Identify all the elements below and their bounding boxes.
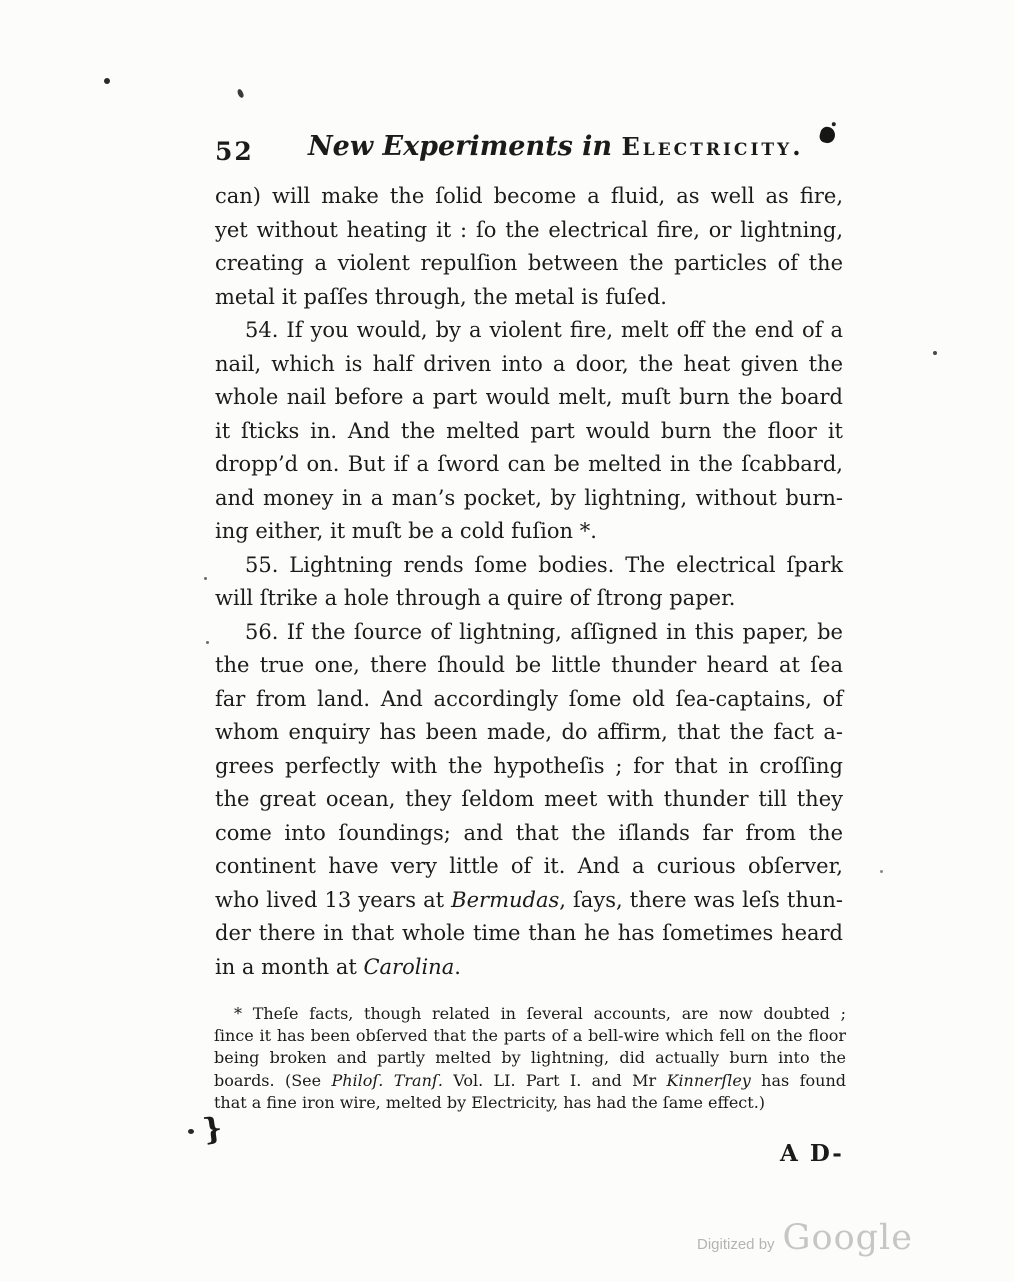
ink-dot-bottom-left xyxy=(188,1129,194,1134)
text-line: who lived 13 years at Bermudas, ſays, th… xyxy=(215,884,843,918)
text-line: boards. (See Philoſ. Tranſ. Vol. LI. Par… xyxy=(214,1070,846,1092)
text-line: the great ocean, they ſeldom meet with t… xyxy=(215,783,843,817)
page-number: 52 xyxy=(215,137,254,166)
text-line: whole nail before a part would melt, muſ… xyxy=(215,381,843,415)
text-line: far from land. And accordingly ſome old … xyxy=(215,683,843,717)
paragraph-54: 54. If you would, by a violent fire, mel… xyxy=(215,314,843,549)
text-line: nail, which is half driven into a door, … xyxy=(215,348,843,382)
text-line: grees perfectly with the hypotheſis ; fo… xyxy=(215,750,843,784)
text-line: ſince it has been obſerved that the part… xyxy=(214,1025,846,1047)
text-line: in a month at Carolina. xyxy=(215,951,843,985)
page-header: 52 New Experiments in Electricity. xyxy=(0,131,1014,171)
text-line: 56. If the ſource of lightning, aſſigned… xyxy=(215,616,843,650)
running-title-period: . xyxy=(792,132,800,161)
catchword: A D- xyxy=(780,1140,844,1167)
text-line: can) will make the ſolid become a fluid,… xyxy=(215,180,843,214)
running-title: New Experiments in Electricity. xyxy=(308,131,801,162)
text-line: ing either, it muſt be a cold fuſion *. xyxy=(215,515,843,549)
text-line: metal it paſſes through, the metal is fu… xyxy=(215,281,843,315)
ink-speck-above-title xyxy=(236,88,245,98)
watermark: Digitized by Google xyxy=(697,1218,913,1258)
watermark-prefix-text: Digitized by xyxy=(697,1236,775,1253)
text-line: come into ſoundings; and that the iſland… xyxy=(215,817,843,851)
text-line: and money in a man’s pocket, by lightnin… xyxy=(215,482,843,516)
running-title-caps: Electricity xyxy=(621,132,792,161)
paragraph-53-continuation: can) will make the ſolid become a fluid,… xyxy=(215,180,843,314)
ink-speck xyxy=(933,351,937,355)
text-line: * Theſe facts, though related in ſeveral… xyxy=(214,1003,846,1025)
ink-dot-top-left xyxy=(104,78,110,84)
body-text: can) will make the ſolid become a fluid,… xyxy=(215,180,843,984)
ink-mark-bottom-left: } xyxy=(201,1111,225,1148)
text-line: it ſticks in. And the melted part would … xyxy=(215,415,843,449)
text-line: will ſtrike a hole through a quire of ſt… xyxy=(215,582,843,616)
text-line: continent have very little of it. And a … xyxy=(215,850,843,884)
text-line: dropp’d on. But if a ſword can be melted… xyxy=(215,448,843,482)
ink-speck xyxy=(880,870,883,873)
text-line: whom enquiry has been made, do affirm, t… xyxy=(215,716,843,750)
paragraph-56: 56. If the ſource of lightning, aſſigned… xyxy=(215,616,843,985)
text-line: that a fine iron wire, melted by Electri… xyxy=(214,1092,846,1114)
text-line: yet without heating it : ſo the electric… xyxy=(215,214,843,248)
text-line: 54. If you would, by a violent fire, mel… xyxy=(215,314,843,348)
paragraph-55: 55. Lightning rends ſome bodies. The ele… xyxy=(215,549,843,616)
text-line: der there in that whole time than he has… xyxy=(215,917,843,951)
ink-speck xyxy=(204,577,207,580)
running-title-italic: New Experiments in xyxy=(308,131,621,162)
footnote: * Theſe facts, though related in ſeveral… xyxy=(214,1003,846,1114)
text-line: being broken and partly melted by lightn… xyxy=(214,1047,846,1069)
text-line: 55. Lightning rends ſome bodies. The ele… xyxy=(215,549,843,583)
ink-speck xyxy=(206,641,209,644)
google-logo: Google xyxy=(783,1218,913,1258)
scanned-book-page: 52 New Experiments in Electricity. can) … xyxy=(0,0,1014,1282)
text-line: the true one, there ſhould be little thu… xyxy=(215,649,843,683)
text-line: creating a violent repulſion between the… xyxy=(215,247,843,281)
